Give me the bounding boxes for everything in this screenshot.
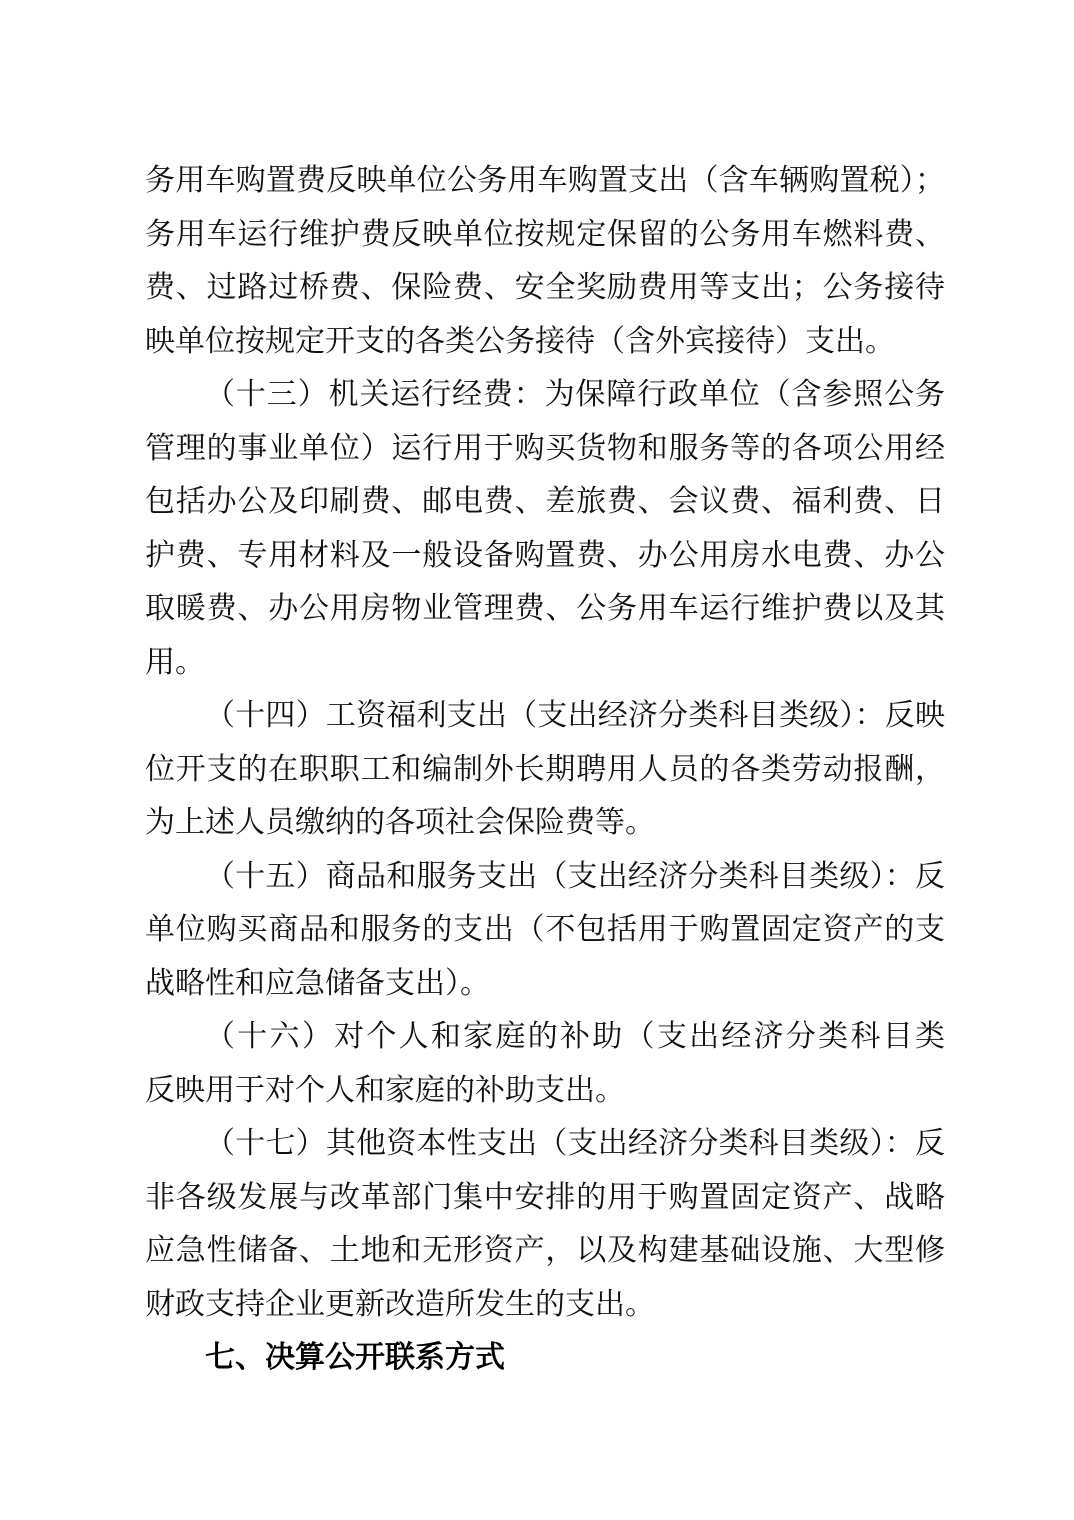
text-line: 应急性储备、土地和无形资产，以及构建基础设施、大型修缮和 — [145, 1224, 945, 1278]
document-page: 务用车购置费反映单位公务用车购置支出（含车辆购置税）；公 务用车运行维护费反映单… — [0, 0, 1074, 1520]
text-line-section-15: （十五）商品和服务支出（支出经济分类科目类级）：反映 — [145, 850, 945, 904]
text-line: 包括办公及印刷费、邮电费、差旅费、会议费、福利费、日常维 — [145, 475, 945, 529]
text-line: 费、过路过桥费、保险费、安全奖励费用等支出；公务接待费反 — [145, 261, 945, 315]
text-line: 反映用于对个人和家庭的补助支出。 — [145, 1064, 945, 1118]
text-line-section-17: （十七）其他资本性支出（支出经济分类科目类级）：反映 — [145, 1117, 945, 1171]
text-line-section-16: （十六）对个人和家庭的补助（支出经济分类科目类级）： — [145, 1010, 945, 1064]
text-line: 战略性和应急储备支出）。 — [145, 957, 945, 1011]
text-line: 单位购买商品和服务的支出（不包括用于购置固定资产的支出、 — [145, 903, 945, 957]
text-line: 用。 — [145, 636, 945, 690]
text-line: 非各级发展与改革部门集中安排的用于购置固定资产、战略性和 — [145, 1171, 945, 1225]
text-line: 护费、专用材料及一般设备购置费、办公用房水电费、办公用房 — [145, 529, 945, 583]
text-line: 取暖费、办公用房物业管理费、公务用车运行维护费以及其他费 — [145, 582, 945, 636]
text-line: 为上述人员缴纳的各项社会保险费等。 — [145, 796, 945, 850]
section-heading: 七、决算公开联系方式 — [145, 1331, 945, 1385]
text-line: 务用车购置费反映单位公务用车购置支出（含车辆购置税）；公 — [145, 154, 945, 208]
text-line: 管理的事业单位）运行用于购买货物和服务等的各项公用经费， — [145, 422, 945, 476]
text-block: 务用车购置费反映单位公务用车购置支出（含车辆购置税）；公 务用车运行维护费反映单… — [145, 154, 945, 1385]
text-line: 位开支的在职职工和编制外长期聘用人员的各类劳动报酬，以及 — [145, 743, 945, 797]
text-line-section-13: （十三）机关运行经费：为保障行政单位（含参照公务员法 — [145, 368, 945, 422]
text-line: 务用车运行维护费反映单位按规定保留的公务用车燃料费、维修 — [145, 208, 945, 262]
text-line: 映单位按规定开支的各类公务接待（含外宾接待）支出。 — [145, 315, 945, 369]
text-line-section-14: （十四）工资福利支出（支出经济分类科目类级）：反映单 — [145, 689, 945, 743]
text-line: 财政支持企业更新改造所发生的支出。 — [145, 1278, 945, 1332]
